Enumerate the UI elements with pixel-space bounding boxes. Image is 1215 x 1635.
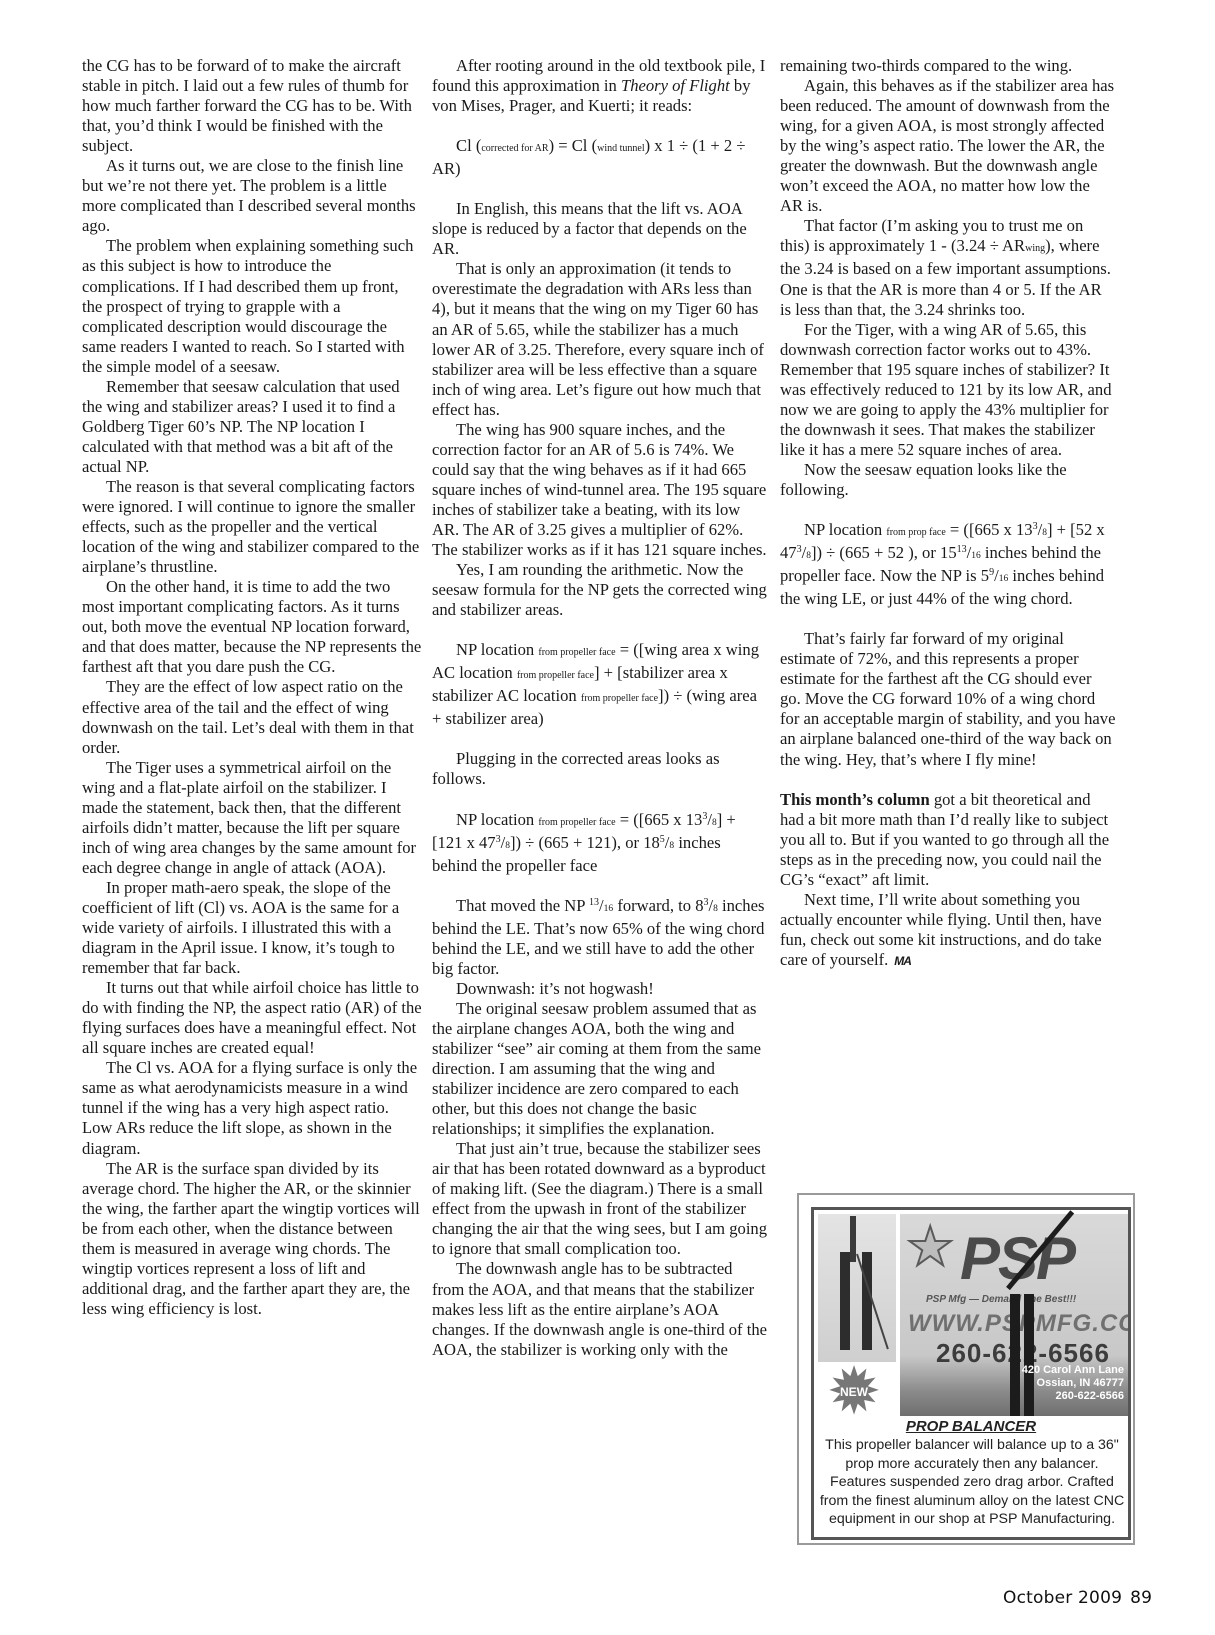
formula-lift-correction: Cl (corrected for AR) = Cl (wind tunnel)… [432, 136, 768, 179]
paragraph: The Cl vs. AOA for a flying surface is o… [82, 1058, 422, 1158]
paragraph: That factor (I’m asking you to trust me … [780, 216, 1116, 319]
paragraph: Remember that seesaw calculation that us… [82, 377, 422, 477]
paragraph: In proper math-aero speak, the slope of … [82, 878, 422, 978]
paragraph: remaining two-thirds compared to the win… [780, 56, 1116, 76]
paragraph: On the other hand, it is time to add the… [82, 577, 422, 677]
paragraph: That’s fairly far forward of my original… [780, 629, 1116, 769]
new-starburst-badge: NEW [828, 1370, 880, 1414]
paragraph: Now the seesaw equation looks like the f… [780, 460, 1116, 500]
paragraph: They are the effect of low aspect ratio … [82, 677, 422, 757]
psp-prop-balancer-ad: ★ PSP PSP Mfg — Demand The Best!!! WWW.P… [797, 1193, 1135, 1545]
paragraph: This month’s column got a bit theoretica… [780, 790, 1116, 890]
formula-np-general: NP location from propeller face = ([wing… [432, 640, 768, 729]
balancer-rod-icon [856, 1254, 889, 1350]
article-column-2: After rooting around in the old textbook… [432, 56, 768, 1360]
paragraph: It turns out that while airfoil choice h… [82, 978, 422, 1058]
paragraph: That just ain’t true, because the stabil… [432, 1139, 768, 1259]
ad-description: This propeller balancer will balance up … [816, 1436, 1128, 1529]
article-column-1: the CG has to be forward of to make the … [82, 56, 422, 1319]
issue-date: October 2009 [1003, 1588, 1122, 1608]
paragraph: That is only an approximation (it tends … [432, 259, 768, 419]
lead-in-bold: This month’s column [780, 790, 930, 809]
page-number: 89 [1130, 1588, 1152, 1608]
paragraph: The downwash angle has to be subtracted … [432, 1259, 768, 1359]
page-footer: October 200989 [1003, 1588, 1152, 1608]
paragraph: The Tiger uses a symmetrical airfoil on … [82, 758, 422, 878]
paragraph: In English, this means that the lift vs.… [432, 199, 768, 259]
balancer-stand-icon [1010, 1294, 1020, 1416]
paragraph: The AR is the surface span divided by it… [82, 1159, 422, 1319]
psp-address: 420 Carol Ann Lane Ossian, IN 46777 260-… [1022, 1364, 1124, 1403]
psp-tagline: PSP Mfg — Demand The Best!!! [926, 1294, 1076, 1305]
ad-title: PROP BALANCER [814, 1418, 1128, 1435]
ad-frame: ★ PSP PSP Mfg — Demand The Best!!! WWW.P… [811, 1207, 1131, 1540]
propeller-hub-icon [850, 1216, 856, 1262]
paragraph: Again, this behaves as if the stabilizer… [780, 76, 1116, 216]
paragraph: The problem when explaining something su… [82, 236, 422, 376]
paragraph: For the Tiger, with a wing AR of 5.65, t… [780, 320, 1116, 460]
paragraph: The original seesaw problem assumed that… [432, 999, 768, 1139]
formula-np-ar-corrected: NP location from propeller face = ([665 … [432, 810, 768, 876]
book-title: Theory of Flight [621, 76, 730, 95]
paragraph: That moved the NP 13/16 forward, to 83/8… [432, 896, 768, 979]
paragraph: After rooting around in the old textbook… [432, 56, 768, 116]
paragraph: As it turns out, we are close to the fin… [82, 156, 422, 236]
paragraph: Yes, I am rounding the arithmetic. Now t… [432, 560, 768, 620]
formula-np-downwash-corrected: NP location from prop face = ([665 x 133… [780, 520, 1116, 609]
article-column-3: remaining two-thirds compared to the win… [780, 56, 1116, 971]
propeller-photo [818, 1214, 896, 1362]
paragraph: Plugging in the corrected areas looks as… [432, 749, 768, 789]
subhead-downwash: Downwash: it’s not hogwash! [432, 979, 768, 999]
paragraph: The reason is that several complicating … [82, 477, 422, 577]
propeller-blade-icon [840, 1252, 850, 1350]
star-logo-icon: ★ [906, 1220, 954, 1274]
psp-banner-photo: ★ PSP PSP Mfg — Demand The Best!!! WWW.P… [900, 1214, 1130, 1416]
paragraph: The wing has 900 square inches, and the … [432, 420, 768, 560]
paragraph: Next time, I’ll write about something yo… [780, 890, 1116, 971]
end-mark-logo: MA [894, 954, 911, 968]
paragraph: the CG has to be forward of to make the … [82, 56, 422, 156]
psp-logo: PSP [960, 1224, 1074, 1293]
